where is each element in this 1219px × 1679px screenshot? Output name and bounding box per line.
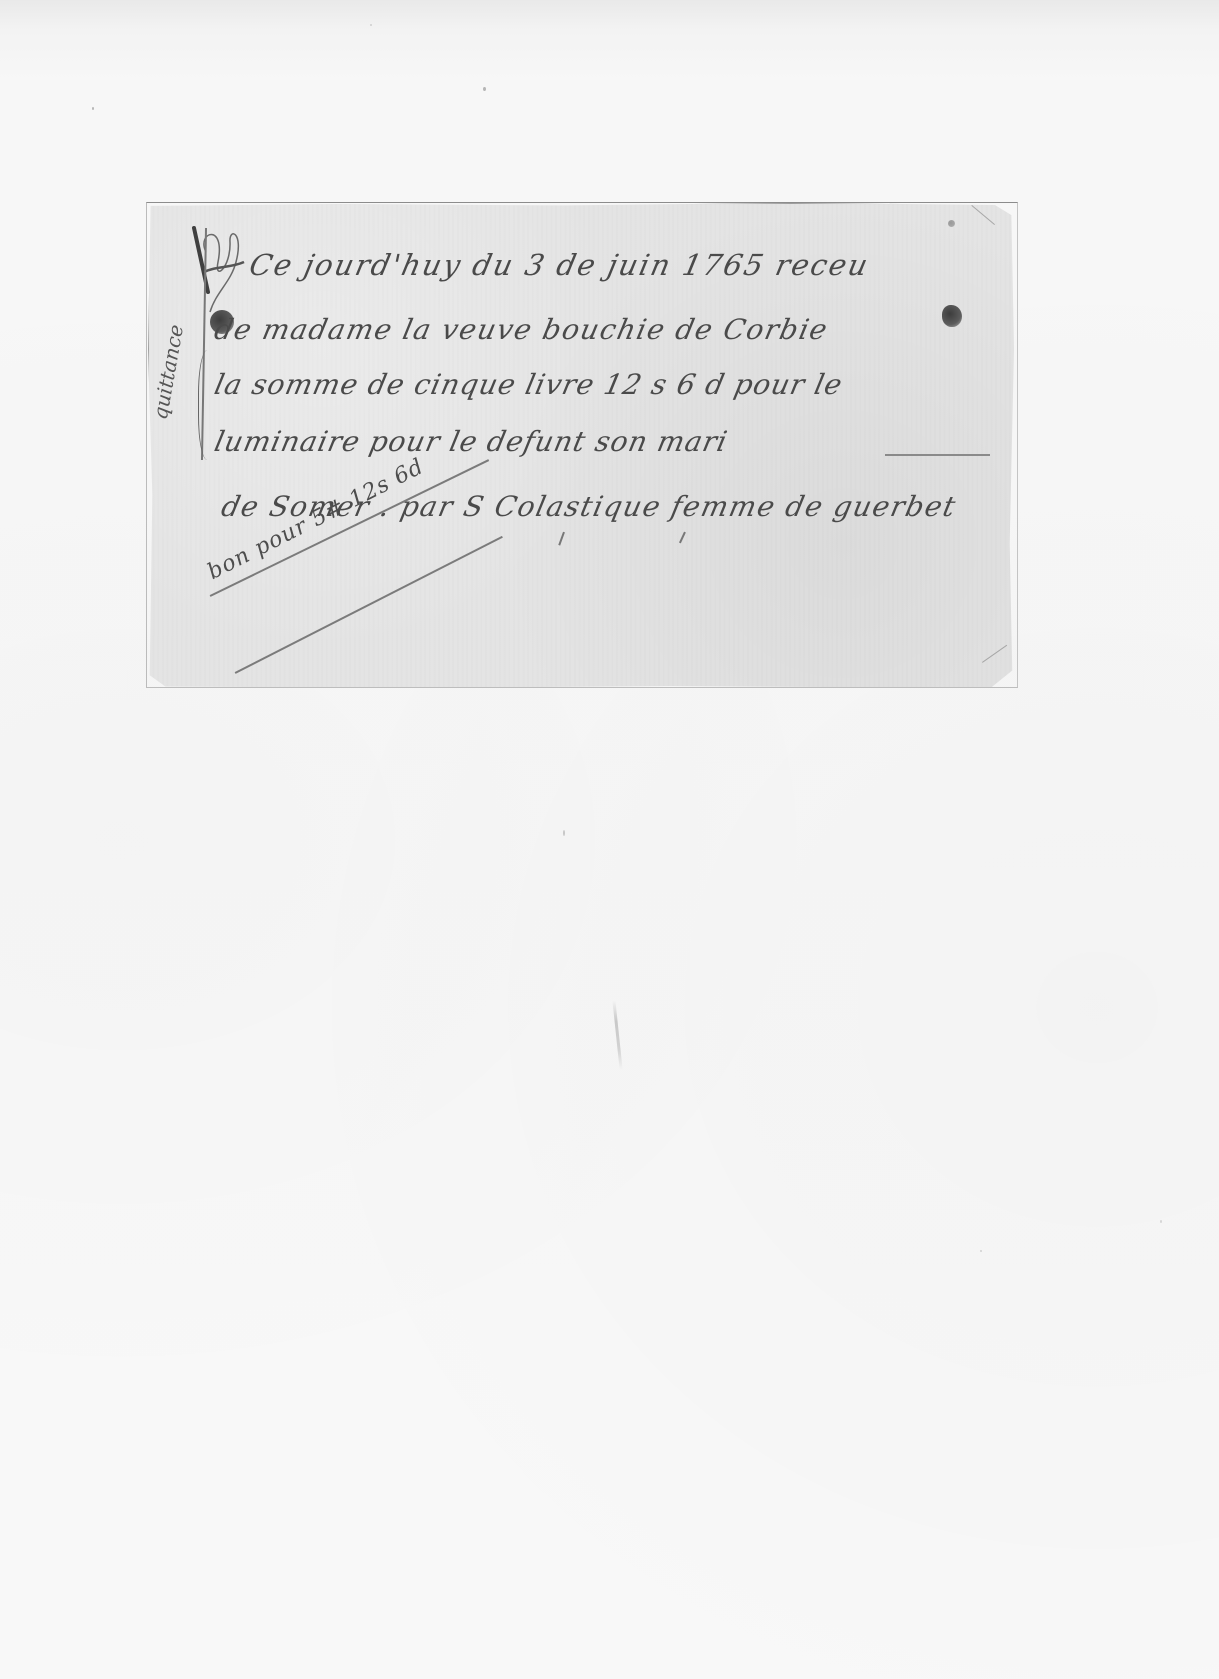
dust-speck [370,24,372,26]
line-end-rule [885,454,990,456]
receipt-line-2: de madame la veuve bouchie de Corbie [211,313,831,346]
dust-speck [1160,1220,1162,1223]
receipt-line-1: Ce jourd'huy du 3 de juin 1765 receu [246,248,872,282]
dust-speck [92,107,94,110]
dust-speck [483,87,486,91]
dust-speck [980,1250,982,1252]
ink-blot [942,305,962,327]
ink-spot [948,220,955,227]
dust-speck [563,830,565,836]
receipt-line-4: luminaire pour le defunt son mari [211,425,730,458]
receipt-line-3: la somme de cinque livre 12 s 6 d pour l… [211,368,845,401]
